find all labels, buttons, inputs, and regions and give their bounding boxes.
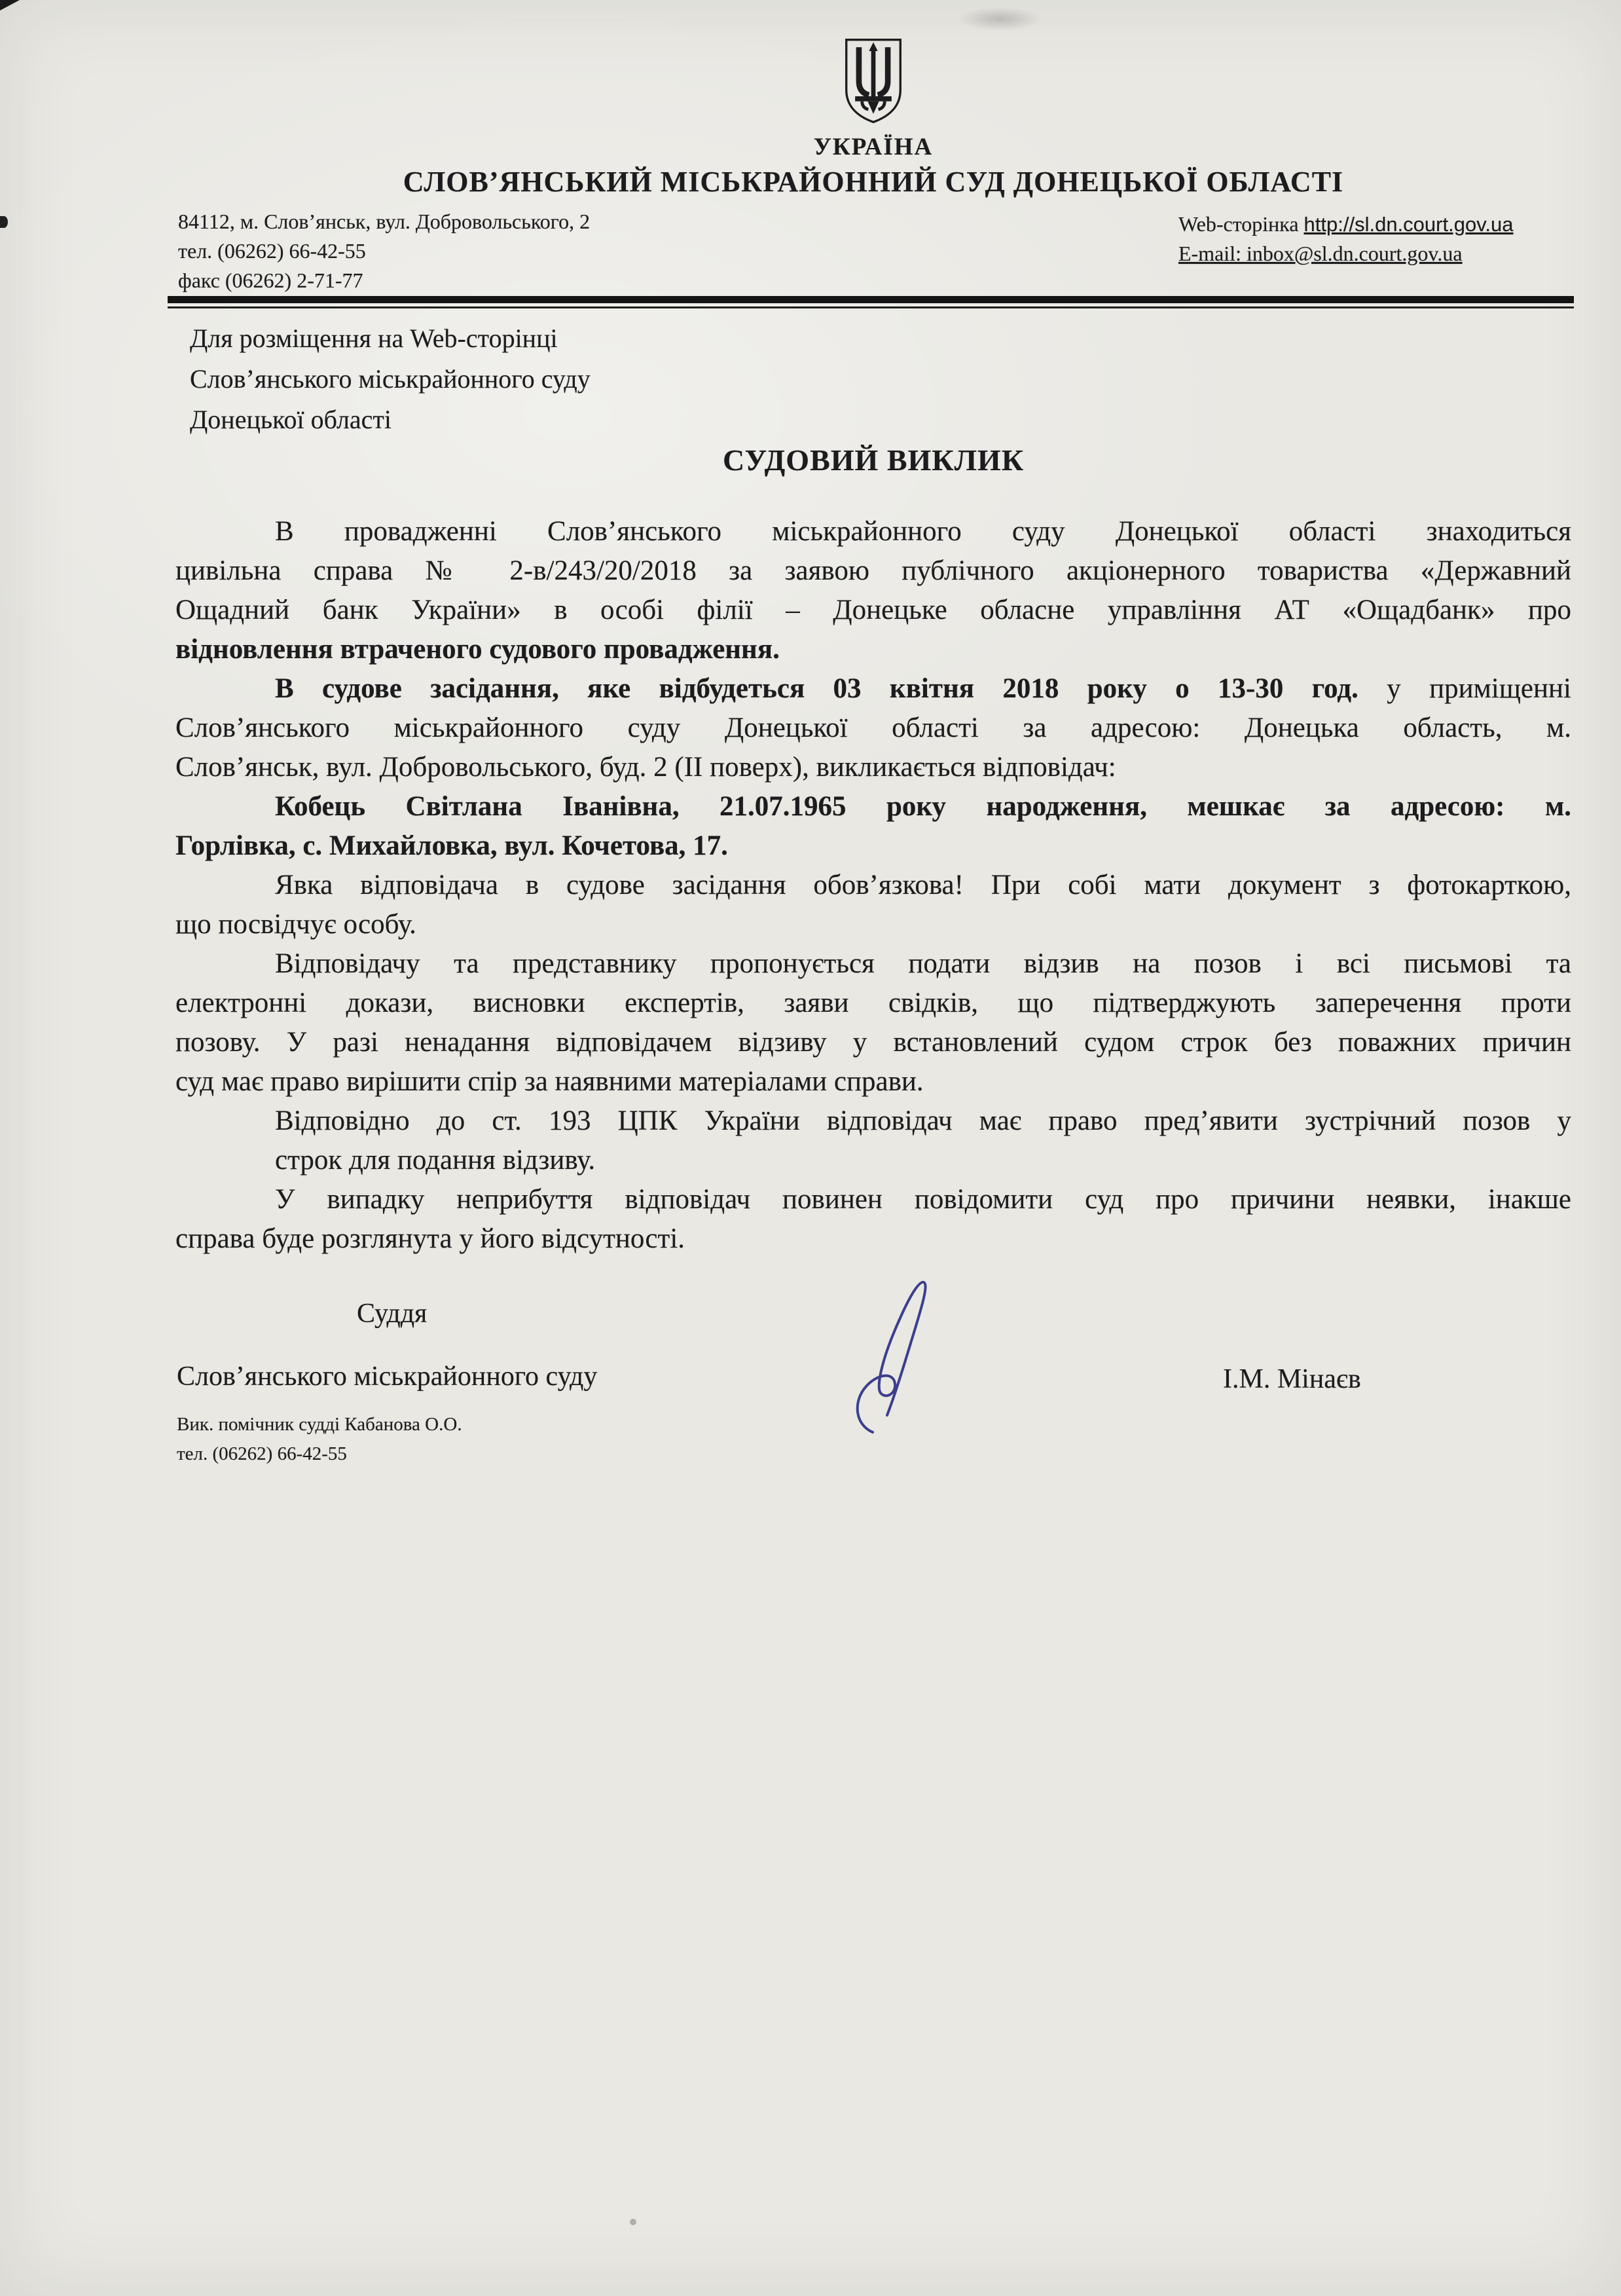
court-address-block: 84112, м. Слов’янськ, вул. Добровольсько… (178, 207, 590, 295)
body-line: Слов’янськ, вул. Добровольського, буд. 2… (175, 748, 1571, 787)
web-url-link[interactable]: http://sl.dn.court.gov.ua (1304, 213, 1514, 236)
email-link[interactable]: E-mail: inbox@sl.dn.court.gov.ua (1178, 239, 1514, 268)
body-line: суд має право вирішити спір за наявними … (175, 1062, 1571, 1102)
letterhead-divider (168, 296, 1574, 308)
country-name: УКРАЇНА (175, 133, 1571, 161)
phone-line: тел. (06262) 66-42-55 (178, 236, 590, 266)
body-line: Слов’янського міськрайонного суду Донець… (175, 709, 1571, 748)
address-line: 84112, м. Слов’янськ, вул. Добровольсько… (178, 207, 590, 236)
scan-artifact-corner (0, 0, 20, 10)
document-title: СУДОВИЙ ВИКЛИК (175, 443, 1571, 477)
body-line: Ощадний банк України» в особі філії – До… (175, 591, 1571, 630)
posting-note: Для розміщення на Web-сторінці Слов’янсь… (190, 318, 591, 440)
fax-line: факс (06262) 2-71-77 (178, 266, 590, 295)
ukraine-trident-emblem (842, 37, 905, 126)
assistant-phone: тел. (06262) 66-42-55 (177, 1443, 347, 1465)
letterhead: УКРАЇНА СЛОВ’ЯНСЬКИЙ МІСЬКРАЙОННИЙ СУД Д… (175, 37, 1571, 198)
signer-role-line1: Суддя (357, 1298, 427, 1329)
body-line: Кобець Світлана Іванівна, 21.07.1965 рок… (175, 787, 1571, 826)
document-body: В провадженні Слов’янського міськрайонно… (175, 512, 1571, 1259)
body-line: строк для подання відзиву. (175, 1141, 1571, 1180)
scan-artifact-dot (630, 2219, 636, 2225)
judge-name: І.М. Мінаєв (1223, 1363, 1361, 1395)
body-line: Явка відповідача в судове засідання обов… (175, 866, 1571, 905)
body-line: позову. У разі ненадання відповідачем ві… (175, 1023, 1571, 1062)
court-name: СЛОВ’ЯНСЬКИЙ МІСЬКРАЙОННИЙ СУД ДОНЕЦЬКОЇ… (175, 165, 1571, 198)
body-line: цивільна справа № 2-в/243/20/2018 за зая… (175, 551, 1571, 591)
court-web-block: Web-сторінка http://sl.dn.court.gov.ua E… (1178, 210, 1514, 268)
signer-role-line2: Слов’янського міськрайонного суду (177, 1361, 597, 1392)
body-line: Горлівка, с. Михайловка, вул. Кочетова, … (175, 826, 1571, 866)
body-line: В судове засідання, яке відбудеться 03 к… (175, 669, 1571, 709)
body-line: що посвідчує особу. (175, 905, 1571, 944)
body-line: справа буде розглянута у його відсутност… (175, 1219, 1571, 1259)
body-line: Відповідно до ст. 193 ЦПК України відпов… (175, 1102, 1571, 1141)
scan-artifact-speck (0, 216, 8, 228)
body-line: електронні докази, висновки експертів, з… (175, 984, 1571, 1023)
body-line: У випадку неприбуття відповідач повинен … (175, 1180, 1571, 1219)
scanned-court-summons-page: УКРАЇНА СЛОВ’ЯНСЬКИЙ МІСЬКРАЙОННИЙ СУД Д… (0, 0, 1621, 2296)
body-line: В провадженні Слов’янського міськрайонно… (175, 512, 1571, 551)
handwritten-signature (848, 1261, 1011, 1444)
web-label: Web-сторінка (1178, 212, 1299, 236)
scan-artifact-smudge (951, 5, 1049, 33)
body-line: Відповідачу та представнику пропонується… (175, 944, 1571, 984)
assistant-line: Вик. помічник судді Кабанова О.О. (177, 1409, 462, 1439)
body-line: відновлення втраченого судового провадже… (175, 630, 1571, 669)
